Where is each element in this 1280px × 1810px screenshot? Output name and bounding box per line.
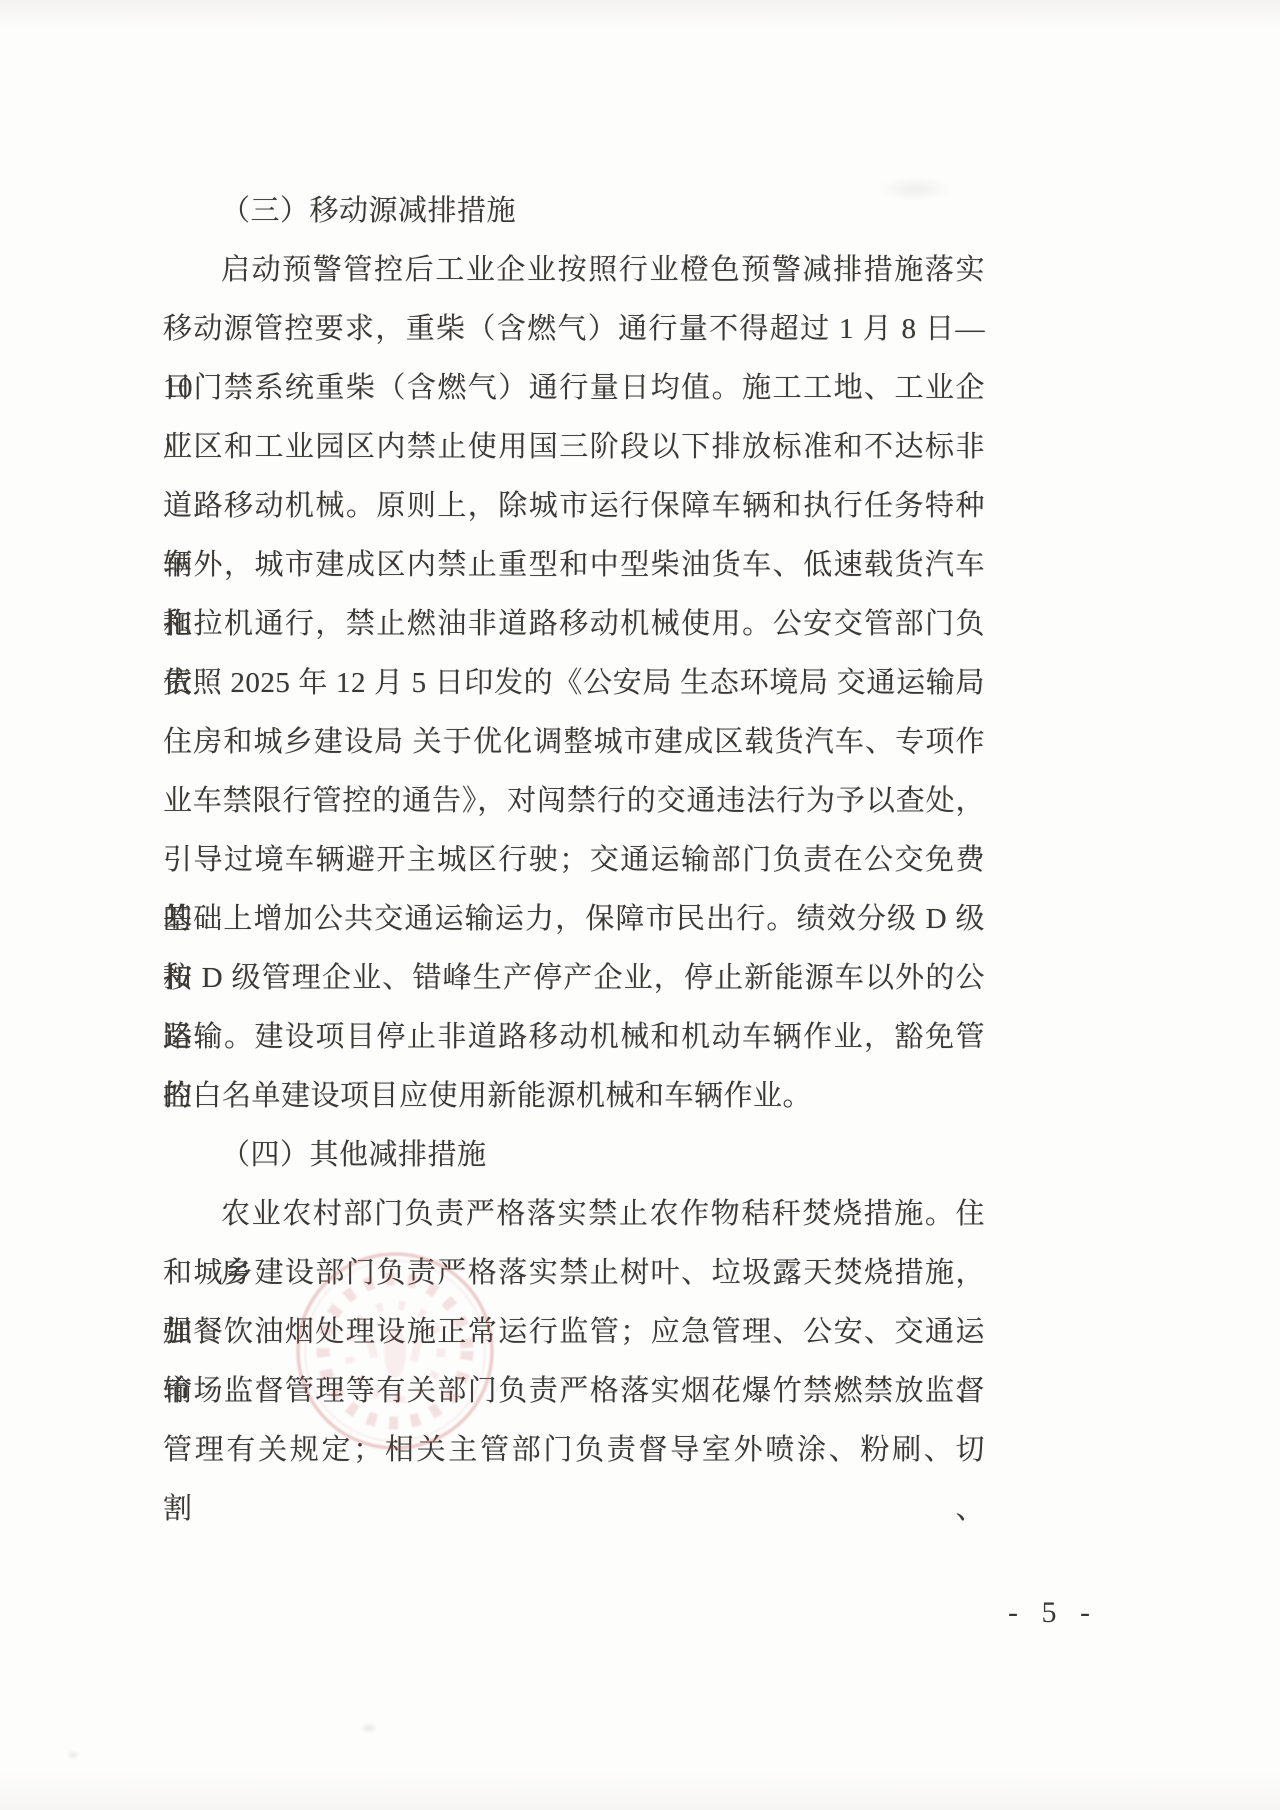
- text-line: 辆外，城市建成区内禁止重型和中型柴油货车、低速载货汽车和: [163, 536, 985, 595]
- text-line: 拖拉机通行，禁止燃油非道路移动机械使用。公安交管部门负责: [163, 595, 985, 654]
- text-line: 基础上增加公共交通运输运力，保障市民出行。绩效分级 D 级和: [163, 890, 985, 949]
- document-body: （三）移动源减排措施启动预警管控后工业企业按照行业橙色预警减排措施落实移动源管控…: [163, 182, 985, 1480]
- text-line: 移动源管控要求，重柴（含燃气）通行量不得超过 1 月 8 日—10: [163, 300, 985, 359]
- section-heading: （四）其他减排措施: [163, 1126, 985, 1185]
- text-line: 管理有关规定；相关主管部门负责督导室外喷涂、粉刷、切割、: [163, 1421, 985, 1480]
- text-line: 日门禁系统重柴（含燃气）通行量日均值。施工工地、工业企业: [163, 359, 985, 418]
- text-line: 业车禁限行管控的通告》，对闯禁行的交通违法行为予以查处，: [163, 772, 985, 831]
- text-line: 市场监督管理等有关部门负责严格落实烟花爆竹禁燃禁放监督: [163, 1362, 985, 1421]
- text-line: 和城乡建设部门负责严格落实禁止树叶、垃圾露天焚烧措施，加: [163, 1244, 985, 1303]
- scan-smudge: [66, 1750, 80, 1760]
- text-line: 启动预警管控后工业企业按照行业橙色预警减排措施落实: [163, 241, 985, 300]
- text-line: 强餐饮油烟处理设施正常运行监管；应急管理、公安、交通运输、: [163, 1303, 985, 1362]
- text-line: 运输。建设项目停止非道路移动机械和机动车辆作业，豁免管控: [163, 1008, 985, 1067]
- page-number: - 5 -: [1008, 1596, 1098, 1630]
- text-line: 引导过境车辆避开主城区行驶；交通运输部门负责在公交免费的: [163, 831, 985, 890]
- text-line: 道路移动机械。原则上，除城市运行保障车辆和执行任务特种车: [163, 477, 985, 536]
- text-line: 厂区和工业园区内禁止使用国三阶段以下排放标准和不达标非: [163, 418, 985, 477]
- text-line: 依照 2025 年 12 月 5 日印发的《公安局 生态环境局 交通运输局: [163, 654, 985, 713]
- scan-smudge: [360, 1722, 378, 1734]
- text-line: 按 D 级管理企业、错峰生产停产企业，停止新能源车以外的公路: [163, 949, 985, 1008]
- text-line: 住房和城乡建设局 关于优化调整城市建成区载货汽车、专项作: [163, 713, 985, 772]
- document-page: （三）移动源减排措施启动预警管控后工业企业按照行业橙色预警减排措施落实移动源管控…: [0, 0, 1280, 1810]
- text-line: 的白名单建设项目应使用新能源机械和车辆作业。: [163, 1067, 985, 1126]
- section-heading: （三）移动源减排措施: [163, 182, 985, 241]
- text-line: 农业农村部门负责严格落实禁止农作物秸秆焚烧措施。住房: [163, 1185, 985, 1244]
